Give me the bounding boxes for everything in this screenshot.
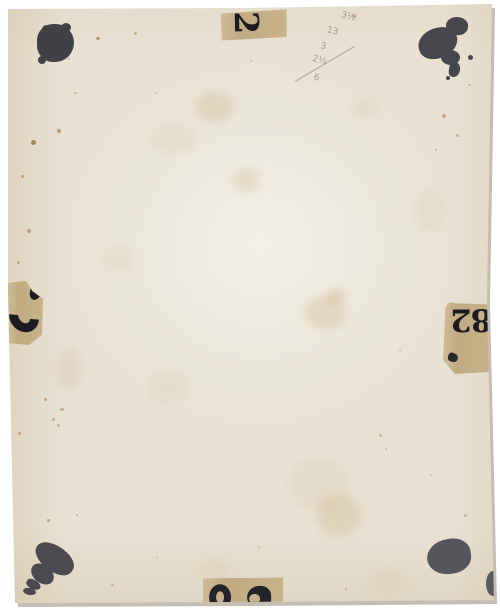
foxing-spot — [134, 32, 137, 35]
foxing-spot — [456, 134, 459, 137]
photo-backdrop: 2 82 3½ 13 3 2½ 6 — [0, 0, 500, 613]
fragment-right-torn-mark — [447, 352, 459, 364]
stain-blotch — [368, 570, 408, 594]
foxing-spot — [155, 92, 157, 94]
foxing-spot — [111, 584, 114, 586]
stain-blotch — [102, 246, 134, 272]
ink-blot-top-right-speck — [446, 76, 450, 80]
label-fragment-top: 2 — [221, 9, 288, 40]
foxing-spot — [74, 92, 77, 94]
partial-digit-left-wedge — [28, 284, 42, 301]
label-fragment-bottom — [203, 578, 283, 603]
stain-blotch — [316, 494, 362, 536]
foxing-spot — [258, 546, 260, 548]
foxing-spot — [430, 474, 432, 476]
stain-blotch — [326, 288, 346, 304]
stain-blotch — [150, 124, 196, 154]
foxing-spot — [379, 434, 382, 437]
foxing-spot — [156, 556, 158, 558]
foxing-spot — [60, 408, 64, 411]
foxing-spot — [68, 58, 70, 60]
label-fragment-right: 82 — [443, 303, 492, 374]
foxing-spot — [468, 84, 471, 86]
printed-digit-right: 82 — [451, 303, 492, 336]
foxing-spot — [57, 424, 60, 427]
stain-blotch — [196, 92, 234, 122]
foxing-spot — [47, 519, 50, 522]
ink-blot-top-left-lobe — [38, 56, 46, 64]
foxing-spot — [27, 229, 31, 233]
partial-digit-bottom-right-notch — [249, 594, 260, 603]
ink-blot-bottom-right — [425, 536, 473, 577]
stain-blotch — [56, 348, 82, 390]
foxing-spot — [464, 514, 467, 517]
partial-digit-bottom-left — [209, 584, 231, 602]
foxing-spot — [18, 432, 21, 435]
ink-blot-top-right-speck — [468, 55, 473, 60]
foxing-spot — [345, 588, 347, 590]
partial-digit-left — [8, 296, 43, 339]
foxing-spot — [76, 514, 78, 516]
foxing-spot — [57, 129, 61, 133]
foxing-spot — [31, 140, 36, 145]
ink-blot-top-left-lobe — [42, 25, 51, 34]
ink-blot-top-left-lobe — [61, 23, 71, 32]
foxing-spot — [44, 398, 47, 401]
foxing-spot — [21, 175, 24, 178]
foxing-spot — [250, 60, 252, 62]
foxing-spot — [96, 37, 100, 40]
foxing-spot — [52, 418, 55, 421]
stain-blotch — [148, 368, 190, 404]
printed-digit-top: 2 — [230, 11, 263, 35]
foxing-spot — [17, 261, 20, 264]
stain-blotch — [352, 98, 378, 118]
paper-sheet: 2 82 3½ 13 3 2½ 6 — [0, 0, 500, 613]
stain-blotch — [198, 558, 230, 580]
stain-blotch — [232, 168, 260, 192]
foxing-spot — [399, 349, 401, 351]
label-fragment-left — [8, 281, 43, 345]
foxing-spot — [442, 114, 446, 118]
ink-blot-right-edge — [486, 571, 500, 596]
foxing-spot — [435, 149, 437, 151]
stain-blotch — [415, 190, 445, 232]
foxing-spot — [385, 448, 387, 450]
ink-blot-top-right-tail — [448, 61, 461, 77]
pencil-annotations: 3½ 13 3 2½ 6 — [288, 3, 366, 99]
